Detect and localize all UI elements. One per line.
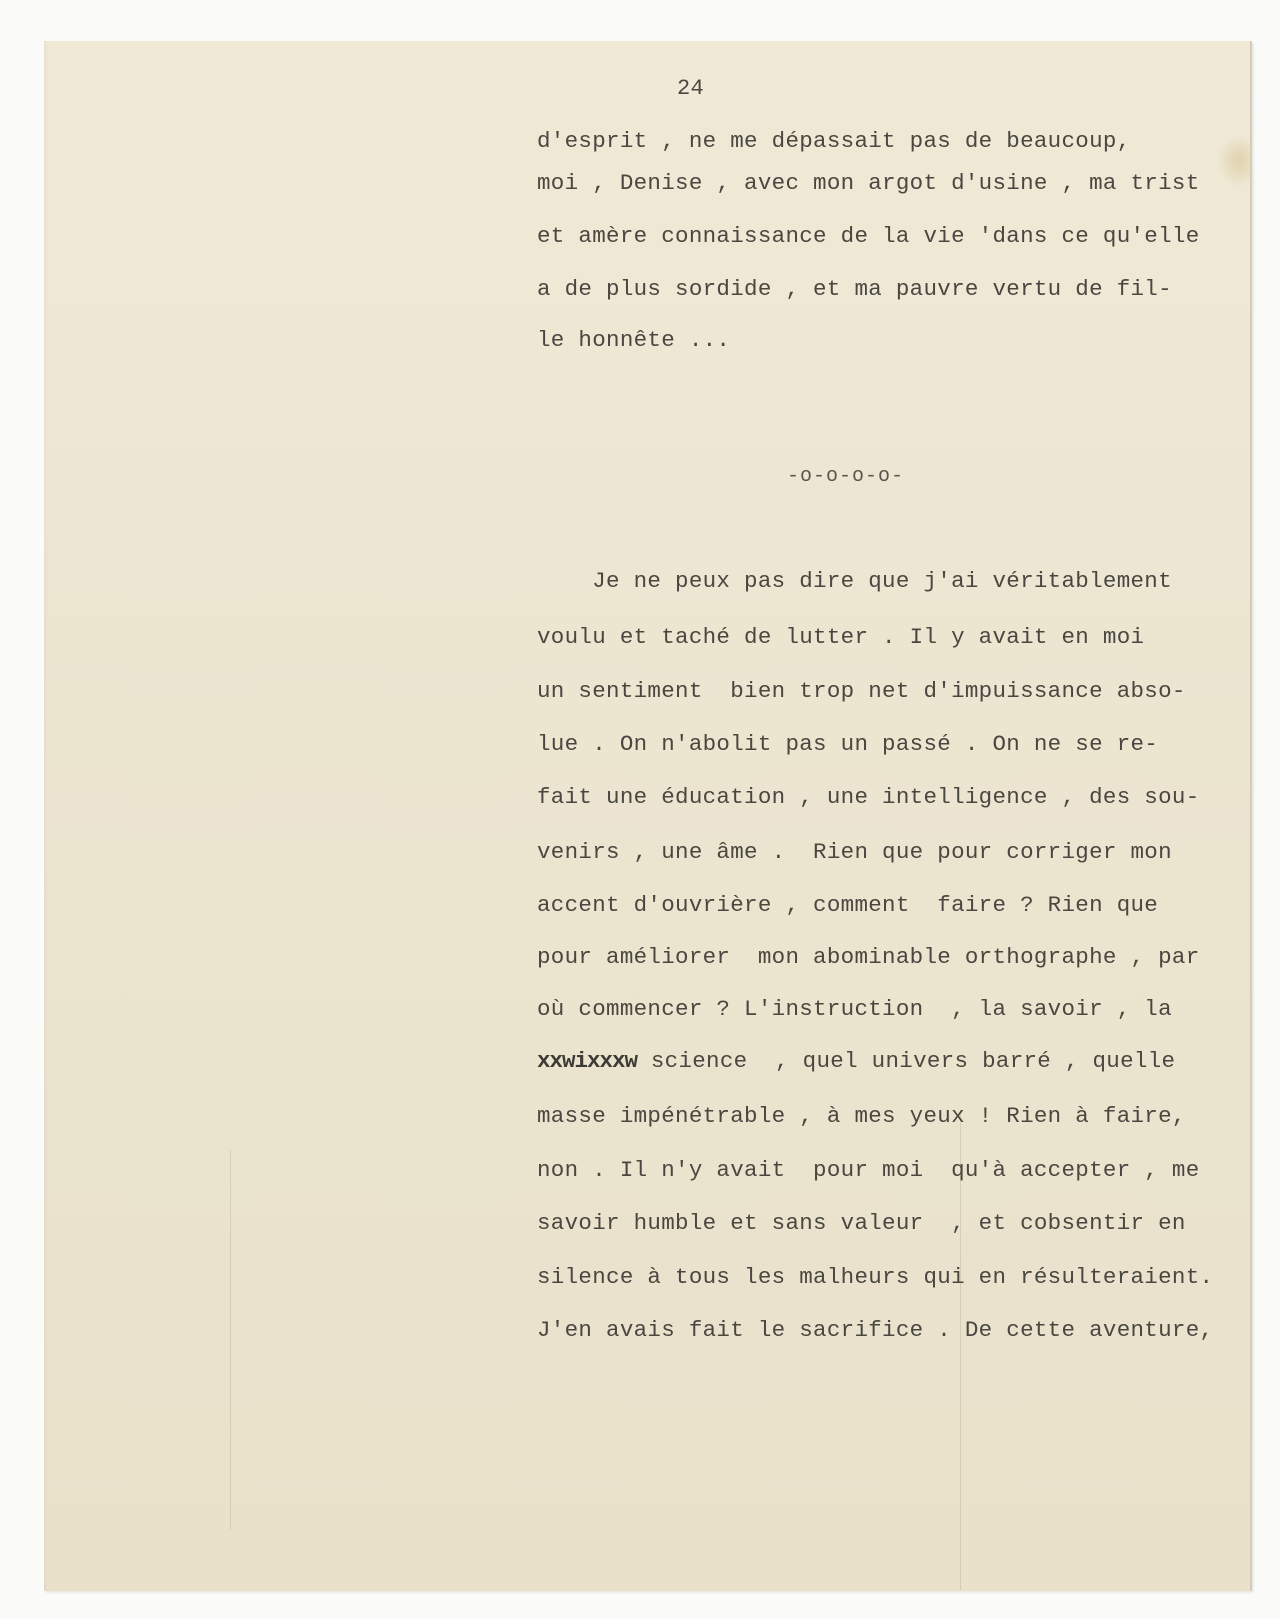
text-line: moi , Denise , avec mon argot d'usine , … (537, 170, 1200, 196)
section-separator: -o-o-o-o- (787, 465, 904, 488)
typewritten-page (44, 41, 1252, 1591)
text-line: pour améliorer mon abominable orthograph… (537, 944, 1200, 970)
text-line: savoir humble et sans valeur , et cobsen… (537, 1210, 1186, 1236)
paper-crease (230, 1150, 231, 1530)
struck-out-text: xxwixxxw (537, 1048, 637, 1074)
text-line: lue . On n'abolit pas un passé . On ne s… (537, 731, 1158, 757)
text-line: non . Il n'y avait pour moi qu'à accepte… (537, 1157, 1200, 1183)
text-line: d'esprit , ne me dépassait pas de beauco… (537, 128, 1131, 154)
text-line: venirs , une âme . Rien que pour corrige… (537, 839, 1172, 865)
text-line: masse impénétrable , à mes yeux ! Rien à… (537, 1103, 1186, 1129)
text-line: et amère connaissance de la vie 'dans ce… (537, 223, 1200, 249)
text-line: a de plus sordide , et ma pauvre vertu d… (537, 276, 1172, 302)
text-line: accent d'ouvrière , comment faire ? Rien… (537, 892, 1158, 918)
text-line: voulu et taché de lutter . Il y avait en… (537, 624, 1144, 650)
text-line: où commencer ? L'instruction , la savoir… (537, 996, 1172, 1022)
text-fragment: science , quel univers barré , quelle (637, 1048, 1175, 1074)
page-number: 24 (677, 76, 704, 101)
text-line: le honnête ... (537, 327, 730, 353)
text-line: un sentiment bien trop net d'impuissance… (537, 678, 1186, 704)
text-line: xxwixxxw science , quel univers barré , … (537, 1048, 1175, 1074)
text-line: J'en avais fait le sacrifice . De cette … (537, 1317, 1213, 1343)
text-line: fait une éducation , une intelligence , … (537, 784, 1200, 810)
text-line: silence à tous les malheurs qui en résul… (537, 1264, 1213, 1290)
text-line: Je ne peux pas dire que j'ai véritableme… (537, 568, 1172, 594)
